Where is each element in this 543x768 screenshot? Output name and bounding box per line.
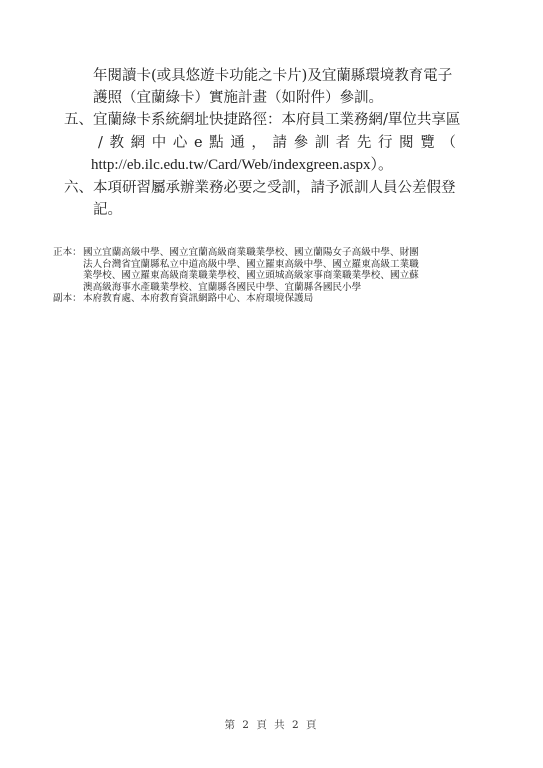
original-recipients: 正本： 國立宜蘭高級中學、國立宜蘭高級商業職業學校、國立蘭陽女子高級中學、財團 … (53, 247, 419, 293)
item-5-line-2: / 教 網 中 心 e 點 通 ， 請 參 訓 者 先 行 閱 覽 （ (98, 134, 456, 152)
char: 閱 (399, 134, 414, 152)
char: 訓 (315, 134, 330, 152)
item-6-line-2: 記。 (93, 201, 122, 219)
char: 心 (173, 134, 188, 152)
char: ， (251, 134, 266, 152)
char: 參 (294, 134, 309, 152)
item-5-url-line: http://eb.ilc.edu.tw/Card/Web/indexgreen… (91, 156, 393, 174)
page-number: 第 2 頁 共 2 頁 (0, 717, 543, 732)
item-6-number: 六、 (64, 179, 93, 197)
char: 請 (272, 134, 287, 152)
char: 覽 (420, 134, 435, 152)
char: 先 (357, 134, 372, 152)
item-5-number: 五、 (64, 111, 93, 129)
body-continuation-line-1: 年閱讀卡(或具悠遊卡功能之卡片)及宜蘭縣環境教育電子 (93, 67, 452, 85)
char: 教 (110, 134, 125, 152)
char: 中 (152, 134, 167, 152)
char: 點 (209, 134, 224, 152)
item-5-line-1: 宜蘭綠卡系統網址快捷路徑：本府員工業務網/單位共享區 (93, 111, 460, 129)
original-line-4: 澳高級海事水產職業學校、宜蘭縣各國民中學、宜蘭縣各國民小學 (83, 282, 419, 294)
char: 行 (378, 134, 393, 152)
char: 網 (131, 134, 146, 152)
char: 通 (230, 134, 245, 152)
char: 者 (336, 134, 351, 152)
copy-line-1: 本府教育處、本府教育資訊網路中心、本府環境保護局 (83, 293, 313, 305)
char: （ (441, 134, 456, 152)
copy-label: 副本： (53, 293, 82, 305)
char: e (194, 134, 203, 152)
original-line-1: 國立宜蘭高級中學、國立宜蘭高級商業職業學校、國立蘭陽女子高級中學、財團 (83, 247, 419, 259)
original-label: 正本： (53, 247, 82, 259)
item-6-line-1: 本項研習屬承辦業務必要之受訓，請予派訓人員公差假登 (93, 179, 456, 197)
body-continuation-line-2: 護照（宜蘭綠卡）實施計畫（如附件）參訓。 (93, 89, 383, 107)
original-line-3: 業學校、國立羅東高級商業職業學校、國立頭城高級家事商業職業學校、國立蘇 (83, 270, 419, 282)
original-line-2: 法人台灣省宜蘭縣私立中道高級中學、國立羅東高級中學、國立羅東高級工業職 (83, 259, 419, 271)
char: / (98, 134, 103, 152)
copy-recipients: 副本： 本府教育處、本府教育資訊網路中心、本府環境保護局 (53, 293, 313, 305)
